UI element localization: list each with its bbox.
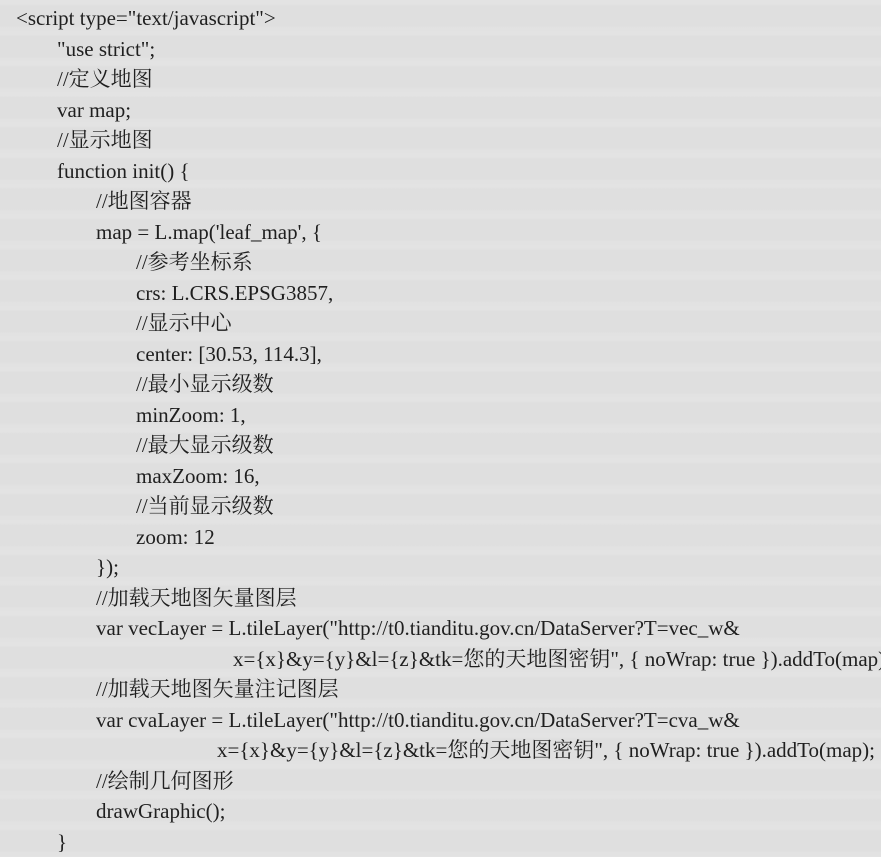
code-line-comment: //地图容器 (0, 186, 881, 217)
code-line: var map; (0, 95, 881, 126)
code-line: map = L.map('leaf_map', { (0, 217, 881, 248)
code-line: }); (0, 552, 881, 583)
code-line: } (0, 827, 881, 857)
code-line: zoom: 12 (0, 522, 881, 553)
code-line: crs: L.CRS.EPSG3857, (0, 278, 881, 309)
code-line-comment: //当前显示级数 (0, 491, 881, 522)
code-line: drawGraphic(); (0, 796, 881, 827)
code-line: center: [30.53, 114.3], (0, 339, 881, 370)
code-block: <script type="text/javascript"> "use str… (0, 3, 881, 857)
code-line: function init() { (0, 156, 881, 187)
scanned-page: <script type="text/javascript"> "use str… (0, 0, 881, 857)
code-line-comment: //最大显示级数 (0, 430, 881, 461)
code-line-comment: //定义地图 (0, 64, 881, 95)
code-line-comment: //最小显示级数 (0, 369, 881, 400)
code-line-continuation: x={x}&y={y}&l={z}&tk=您的天地图密钥", { noWrap:… (0, 644, 881, 675)
code-line: <script type="text/javascript"> (0, 3, 881, 34)
code-line: maxZoom: 16, (0, 461, 881, 492)
code-line-comment: //加载天地图矢量注记图层 (0, 674, 881, 705)
code-line-comment: //显示地图 (0, 125, 881, 156)
code-line-comment: //加载天地图矢量图层 (0, 583, 881, 614)
code-line: minZoom: 1, (0, 400, 881, 431)
code-line-comment: //绘制几何图形 (0, 766, 881, 797)
code-line-continuation: x={x}&y={y}&l={z}&tk=您的天地图密钥", { noWrap:… (0, 735, 881, 766)
code-line: var cvaLayer = L.tileLayer("http://t0.ti… (0, 705, 881, 736)
code-line-comment: //参考坐标系 (0, 247, 881, 278)
code-line-comment: //显示中心 (0, 308, 881, 339)
code-line: var vecLayer = L.tileLayer("http://t0.ti… (0, 613, 881, 644)
code-line: "use strict"; (0, 34, 881, 65)
